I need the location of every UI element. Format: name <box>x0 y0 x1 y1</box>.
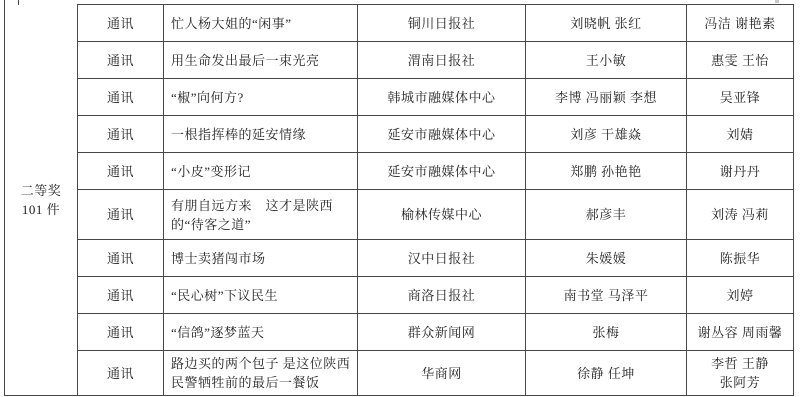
authors-cell: 徐静 任坤 <box>526 351 687 396</box>
organization-cell: 延安市融媒体中心 <box>358 116 526 153</box>
organization-cell: 群众新闻网 <box>358 314 526 351</box>
authors-cell: 张梅 <box>526 314 687 351</box>
organization-cell: 商洛日报社 <box>358 277 526 314</box>
organization-cell: 榆林传媒中心 <box>358 190 526 240</box>
category-cell: 通讯 <box>78 5 164 42</box>
authors-cell: 刘晓帆 张红 <box>526 5 687 42</box>
editors-cell: 刘涛 冯莉 <box>687 190 794 240</box>
authors-cell: 南书堂 马泽平 <box>526 277 687 314</box>
editors-cell: 陈振华 <box>687 240 794 277</box>
table-row: 通讯博士卖猪闯市场汉中日报社朱媛媛陈振华 <box>5 240 794 277</box>
title-cell: 忙人杨大姐的“闲事” <box>164 5 358 42</box>
editors-cell: 谢丛容 周雨馨 <box>687 314 794 351</box>
title-cell: 用生命发出最后一束光亮 <box>164 42 358 79</box>
organization-cell: 延安市融媒体中心 <box>358 153 526 190</box>
category-cell: 通讯 <box>78 153 164 190</box>
category-cell: 通讯 <box>78 42 164 79</box>
table-row: 通讯路边买的两个包子 是这位陕西民警牺牲前的最后一餐饭华商网徐静 任坤李哲 王静… <box>5 351 794 396</box>
category-cell: 通讯 <box>78 314 164 351</box>
table-row: 通讯一根指挥棒的延安情缘延安市融媒体中心刘彦 干雄焱刘婧 <box>5 116 794 153</box>
title-cell: “小皮”变形记 <box>164 153 358 190</box>
authors-cell: 郑鹏 孙艳艳 <box>526 153 687 190</box>
title-cell: “民心树”下议民生 <box>164 277 358 314</box>
title-cell: “椒”向何方? <box>164 79 358 116</box>
editors-cell: 刘婷 <box>687 277 794 314</box>
table-row: 通讯“信鸽”逐梦蓝天群众新闻网张梅谢丛容 周雨馨 <box>5 314 794 351</box>
title-cell: “信鸽”逐梦蓝天 <box>164 314 358 351</box>
authors-cell: 李博 冯丽颖 李想 <box>526 79 687 116</box>
table-row: 通讯“民心树”下议民生商洛日报社南书堂 马泽平刘婷 <box>5 277 794 314</box>
cropped-border-stub-right <box>775 0 779 3</box>
organization-cell: 韩城市融媒体中心 <box>358 79 526 116</box>
category-cell: 通讯 <box>78 190 164 240</box>
authors-cell: 王小敏 <box>526 42 687 79</box>
category-cell: 通讯 <box>78 79 164 116</box>
editors-cell: 谢丹丹 <box>687 153 794 190</box>
table-row: 通讯有朋自远方来 这才是陕西的“待客之道”榆林传媒中心郝彦丰刘涛 冯莉 <box>5 190 794 240</box>
awards-table-body: 二等奖 101 件通讯忙人杨大姐的“闲事”铜川日报社刘晓帆 张红冯洁 谢艳素通讯… <box>5 5 794 396</box>
organization-cell: 铜川日报社 <box>358 5 526 42</box>
title-cell: 有朋自远方来 这才是陕西的“待客之道” <box>164 190 358 240</box>
table-row: 通讯用生命发出最后一束光亮渭南日报社王小敏惠雯 王怡 <box>5 42 794 79</box>
page: 二等奖 101 件通讯忙人杨大姐的“闲事”铜川日报社刘晓帆 张红冯洁 谢艳素通讯… <box>0 0 800 397</box>
award-group-cell: 二等奖 101 件 <box>5 5 78 396</box>
authors-cell: 刘彦 干雄焱 <box>526 116 687 153</box>
editors-cell: 李哲 王静 张阿芳 <box>687 351 794 396</box>
organization-cell: 渭南日报社 <box>358 42 526 79</box>
organization-cell: 汉中日报社 <box>358 240 526 277</box>
organization-cell: 华商网 <box>358 351 526 396</box>
title-cell: 一根指挥棒的延安情缘 <box>164 116 358 153</box>
editors-cell: 冯洁 谢艳素 <box>687 5 794 42</box>
editors-cell: 吴亚锋 <box>687 79 794 116</box>
title-cell: 路边买的两个包子 是这位陕西民警牺牲前的最后一餐饭 <box>164 351 358 396</box>
editors-cell: 惠雯 王怡 <box>687 42 794 79</box>
table-row: 通讯“小皮”变形记延安市融媒体中心郑鹏 孙艳艳谢丹丹 <box>5 153 794 190</box>
awards-table: 二等奖 101 件通讯忙人杨大姐的“闲事”铜川日报社刘晓帆 张红冯洁 谢艳素通讯… <box>4 4 794 396</box>
authors-cell: 朱媛媛 <box>526 240 687 277</box>
table-row: 通讯“椒”向何方?韩城市融媒体中心李博 冯丽颖 李想吴亚锋 <box>5 79 794 116</box>
editors-cell: 刘婧 <box>687 116 794 153</box>
category-cell: 通讯 <box>78 277 164 314</box>
table-row: 二等奖 101 件通讯忙人杨大姐的“闲事”铜川日报社刘晓帆 张红冯洁 谢艳素 <box>5 5 794 42</box>
category-cell: 通讯 <box>78 351 164 396</box>
title-cell: 博士卖猪闯市场 <box>164 240 358 277</box>
category-cell: 通讯 <box>78 240 164 277</box>
authors-cell: 郝彦丰 <box>526 190 687 240</box>
category-cell: 通讯 <box>78 116 164 153</box>
